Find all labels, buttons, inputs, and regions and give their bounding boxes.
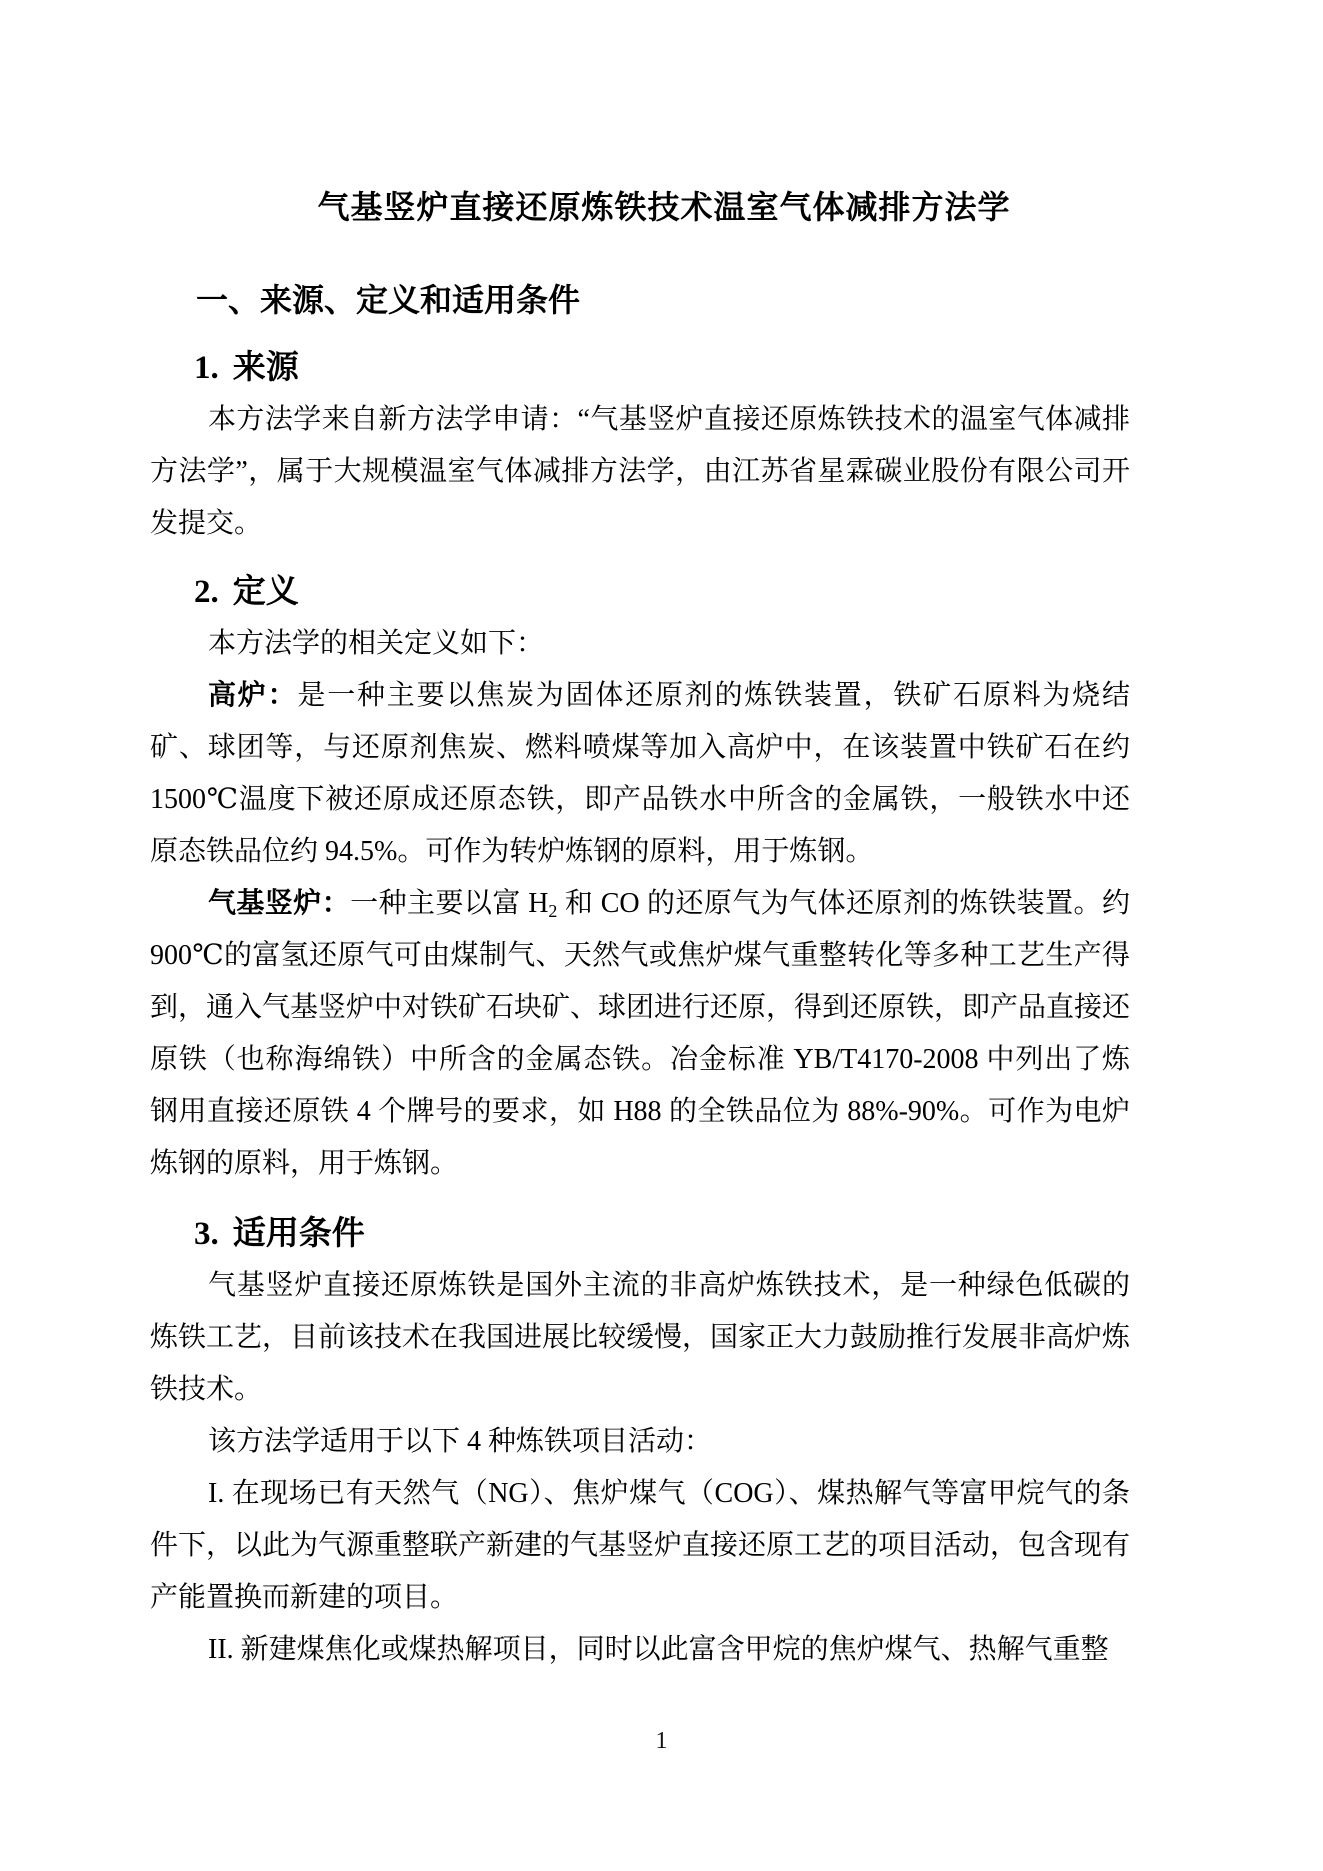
body-text: 本方法学来自新方法学申请：“气基竖炉直接还原炼铁技术的温室气体减排方法学”，属于… — [150, 404, 1130, 539]
paragraph: 气基竖炉直接还原炼铁是国外主流的非高炉炼铁技术，是一种绿色低碳的炼铁工艺，目前该… — [150, 1260, 1130, 1416]
paragraph: I. 在现场已有天然气（NG）、焦炉煤气（COG）、煤热解气等富甲烷气的条件下，… — [150, 1468, 1130, 1624]
heading-text: 定义 — [233, 574, 299, 610]
heading-text: 适用条件 — [233, 1216, 365, 1252]
heading-number: 1. — [194, 350, 219, 386]
term-bold: 气基竖炉： — [208, 888, 350, 919]
section-heading-level2: 2.定义 — [194, 566, 1130, 618]
paragraph: 高炉：是一种主要以焦炭为固体还原剂的炼铁装置，铁矿石原料为烧结矿、球团等，与还原… — [150, 670, 1130, 878]
section-heading-level2: 3.适用条件 — [194, 1208, 1130, 1260]
section-heading-level1: 一、来源、定义和适用条件 — [196, 274, 1130, 326]
body-text: II. 新建煤焦化或煤热解项目，同时以此富含甲烷的焦炉煤气、热解气重整 — [208, 1634, 1109, 1665]
paragraph: 本方法学来自新方法学申请：“气基竖炉直接还原炼铁技术的温室气体减排方法学”，属于… — [150, 394, 1130, 550]
paragraph: 本方法学的相关定义如下： — [150, 618, 1130, 670]
body-text: I. 在现场已有天然气（NG）、焦炉煤气（COG）、煤热解气等富甲烷气的条件下，… — [150, 1478, 1130, 1613]
document-page: 气基竖炉直接还原炼铁技术温室气体减排方法学 一、来源、定义和适用条件1.来源本方… — [0, 0, 1323, 1871]
body-text: 和 CO 的还原气为气体还原剂的炼铁装置。约 900℃的富氢还原气可由煤制气、天… — [150, 888, 1130, 1179]
heading-text: 来源 — [233, 350, 299, 386]
paragraph: II. 新建煤焦化或煤热解项目，同时以此富含甲烷的焦炉煤气、热解气重整 — [150, 1624, 1130, 1676]
body-text: 本方法学的相关定义如下： — [208, 628, 544, 659]
paragraph: 该方法学适用于以下 4 种炼铁项目活动： — [150, 1416, 1130, 1468]
body-text: 气基竖炉直接还原炼铁是国外主流的非高炉炼铁技术，是一种绿色低碳的炼铁工艺，目前该… — [150, 1270, 1130, 1405]
body-text: 是一种主要以焦炭为固体还原剂的炼铁装置，铁矿石原料为烧结矿、球团等，与还原剂焦炭… — [150, 680, 1130, 867]
document-title: 气基竖炉直接还原炼铁技术温室气体减排方法学 — [198, 181, 1130, 233]
section-heading-level2: 1.来源 — [194, 342, 1130, 394]
body-text: 该方法学适用于以下 4 种炼铁项目活动： — [208, 1426, 712, 1457]
term-bold: 高炉： — [208, 680, 297, 711]
heading-number: 2. — [194, 574, 219, 610]
page-number: 1 — [0, 1727, 1323, 1755]
paragraph: 气基竖炉：一种主要以富 H2 和 CO 的还原气为气体还原剂的炼铁装置。约 90… — [150, 878, 1130, 1190]
body-text: 一种主要以富 H — [350, 888, 548, 919]
heading-number: 3. — [194, 1216, 219, 1252]
document-body: 一、来源、定义和适用条件1.来源本方法学来自新方法学申请：“气基竖炉直接还原炼铁… — [150, 274, 1130, 1676]
